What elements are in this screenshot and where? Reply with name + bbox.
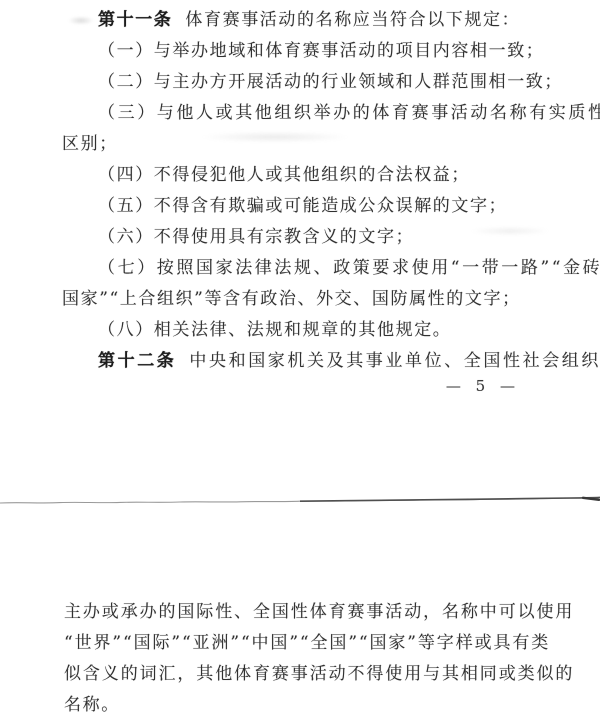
article-12-number: 第十二条 xyxy=(98,351,176,371)
page2-line-4: 名称。 xyxy=(0,690,600,720)
page2-line-1: 主办或承办的国际性、全国性体育赛事活动，名称中可以使用 xyxy=(0,597,600,628)
page-number: — 5 — xyxy=(446,377,520,395)
clause-6-line: （六）不得使用具有宗教含义的文字； xyxy=(0,222,600,253)
clause-4-line: （四）不得侵犯他人或其他组织的合法权益； xyxy=(0,160,600,191)
torn-page-edge xyxy=(0,490,600,508)
clause-7-continuation: 国家”“上合组织”等含有政治、外交、国防属性的文字； xyxy=(0,284,600,315)
scanned-document-viewport: { "document": { "colors": { "paper": "#f… xyxy=(0,0,600,720)
clause-2-line: （二）与主办方开展活动的行业领域和人群范围相一致； xyxy=(0,67,600,98)
clause-3-line: （三）与他人或其他组织举办的体育赛事活动名称有实质性 xyxy=(0,98,600,129)
article-11-heading: 第十一条体育赛事活动的名称应当符合以下规定： xyxy=(0,5,600,36)
page2-line-3: 似含义的词汇，其他体育赛事活动不得使用与其相同或类似的 xyxy=(0,659,600,690)
article-11-number: 第十一条 xyxy=(98,10,172,30)
clause-1-line: （一）与举办地域和体育赛事活动的项目内容相一致； xyxy=(0,36,600,67)
clause-3-continuation: 区别； xyxy=(0,129,600,160)
clause-5-line: （五）不得含有欺骗或可能造成公众误解的文字； xyxy=(0,191,600,222)
page-5-scan: 第十一条体育赛事活动的名称应当符合以下规定： （一）与举办地域和体育赛事活动的项… xyxy=(0,5,600,377)
page-6-scan: 主办或承办的国际性、全国性体育赛事活动，名称中可以使用 “世界”“国际”“亚洲”… xyxy=(0,597,600,720)
article-11-text: 体育赛事活动的名称应当符合以下规定： xyxy=(185,10,520,30)
page2-line-2: “世界”“国际”“亚洲”“中国”“全国”“国家”等字样或具有类 xyxy=(0,628,600,659)
clause-8-line: （八）相关法律、法规和规章的其他规定。 xyxy=(0,315,600,346)
article-12-heading: 第十二条中央和国家机关及其事业单位、全国性社会组织 xyxy=(0,346,600,377)
clause-7-line: （七）按照国家法律法规、政策要求使用“一带一路”“金砖 xyxy=(0,253,600,284)
article-12-text: 中央和国家机关及其事业单位、全国性社会组织 xyxy=(189,351,600,371)
